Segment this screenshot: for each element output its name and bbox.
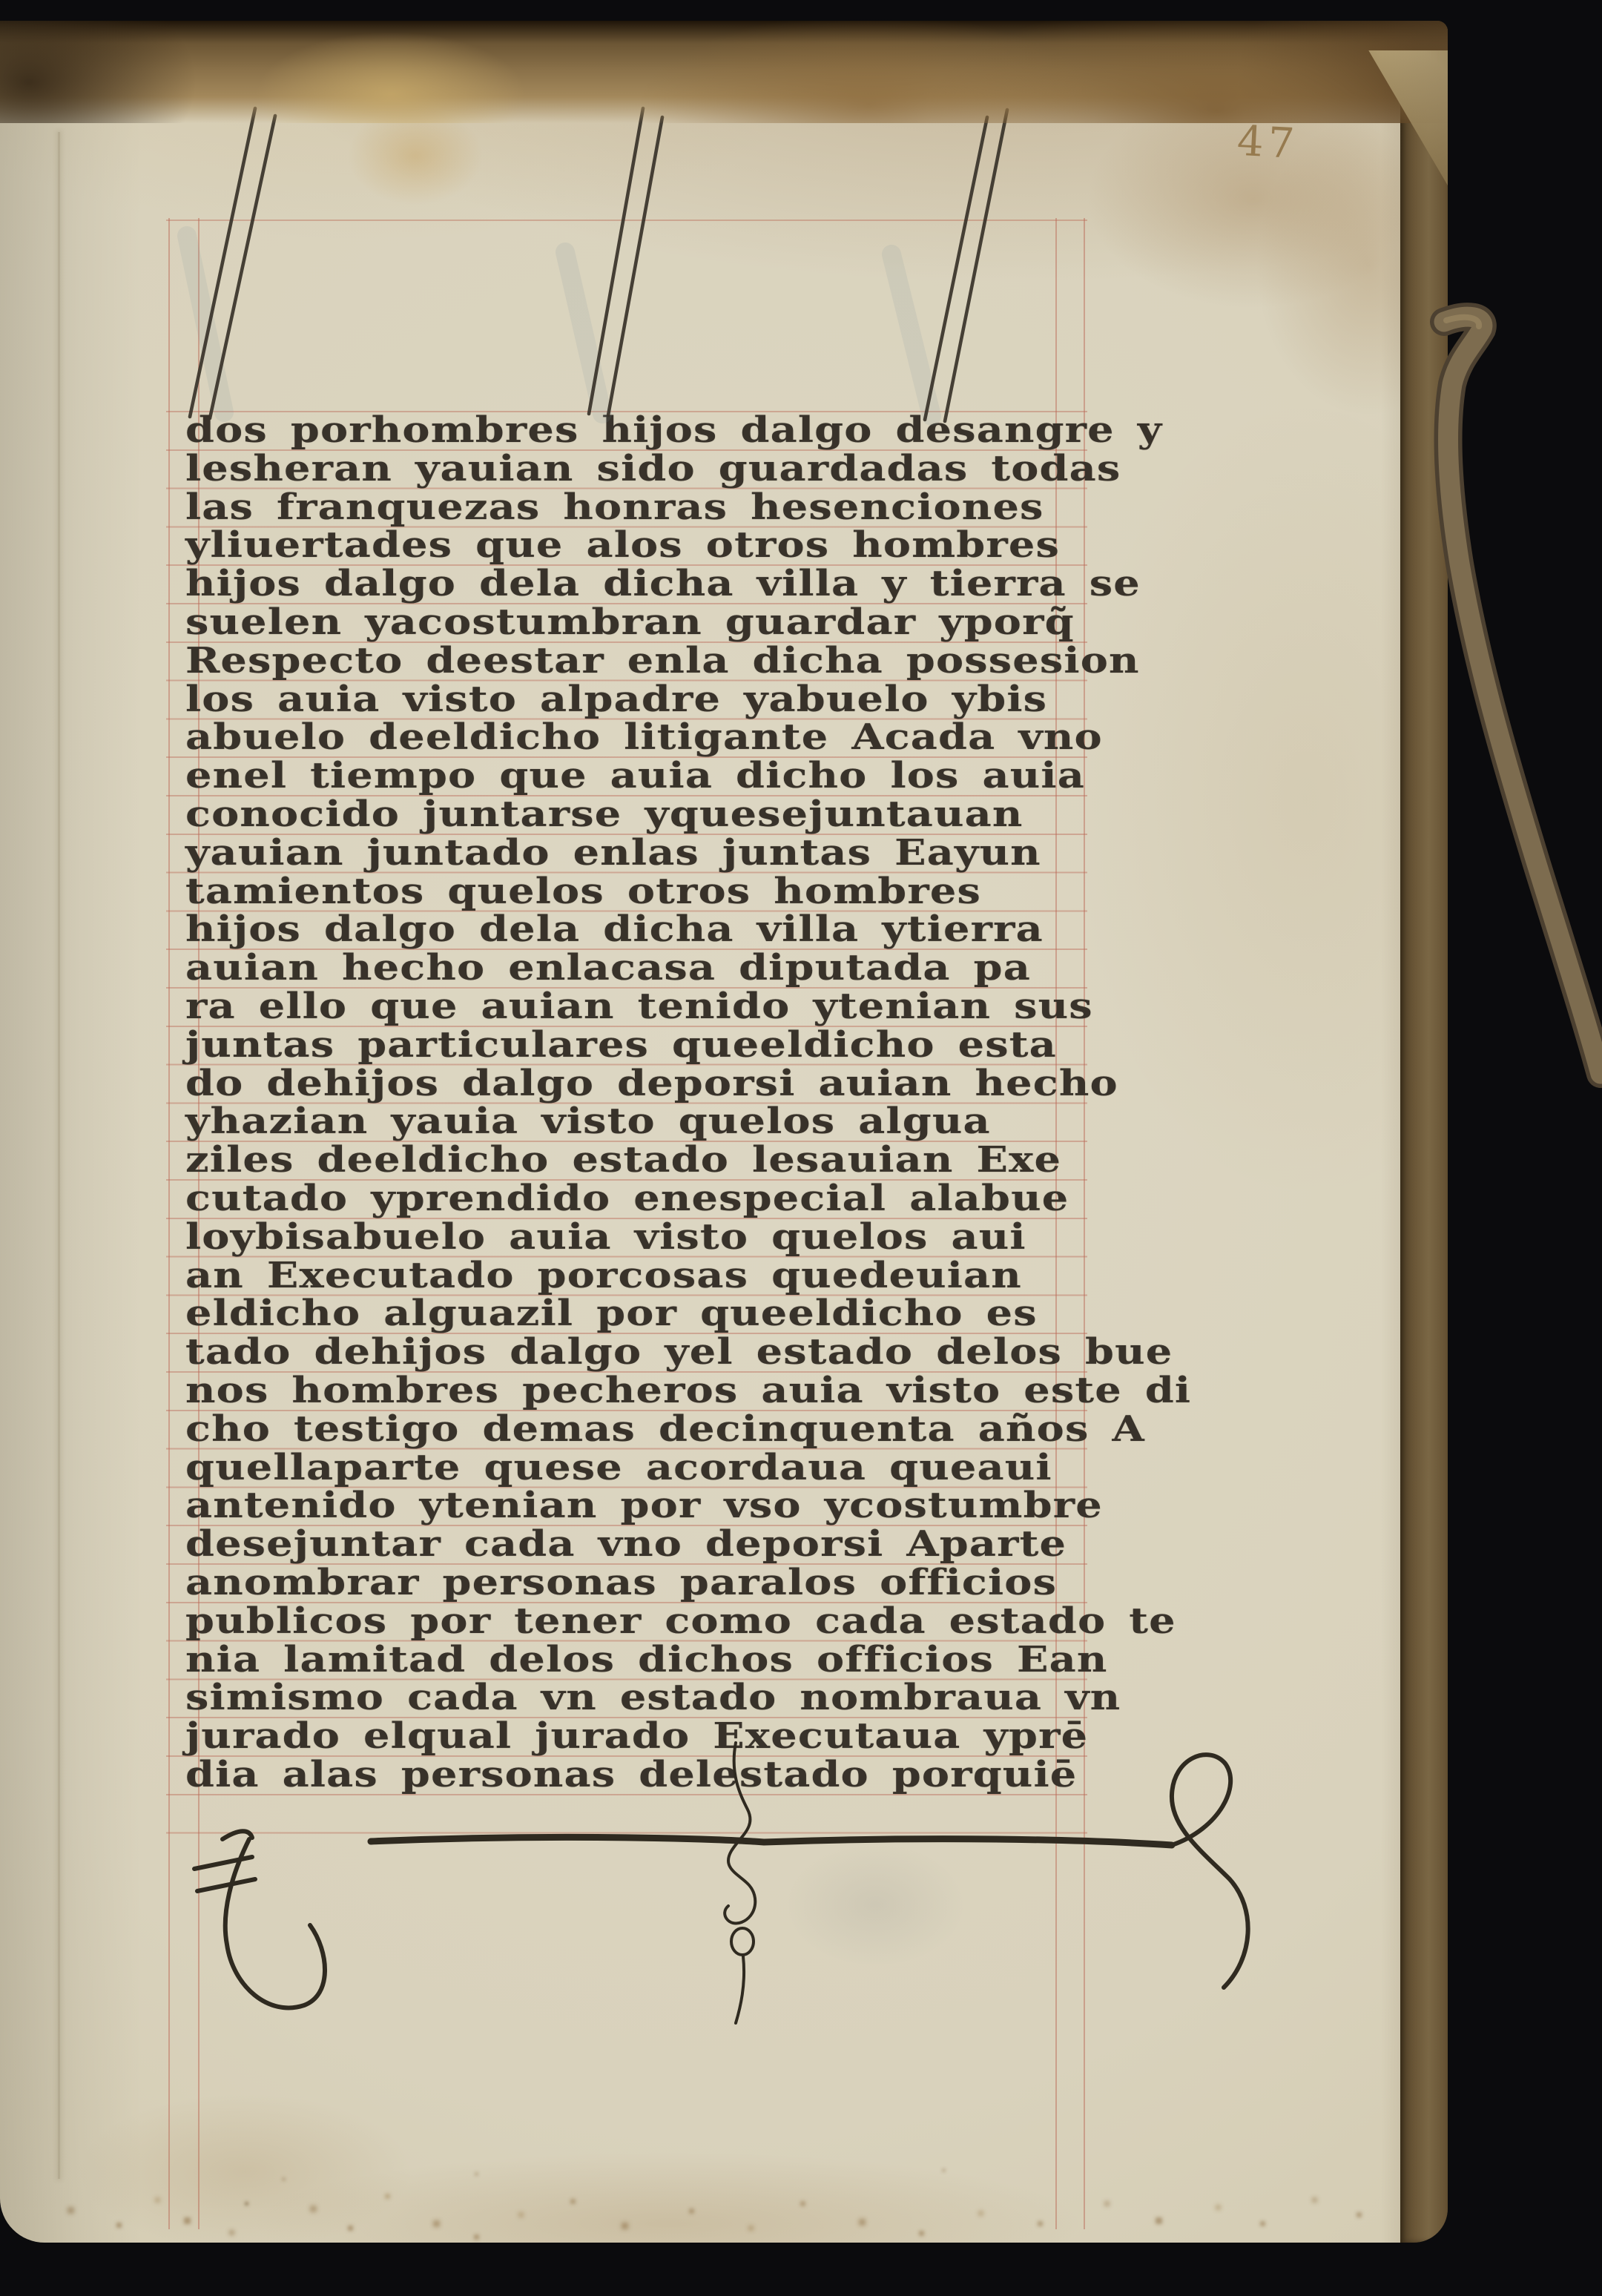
photo-background: dos porhombres hijos dalgo desangre yles… <box>0 0 1602 2296</box>
leather-tie <box>0 0 1602 2296</box>
